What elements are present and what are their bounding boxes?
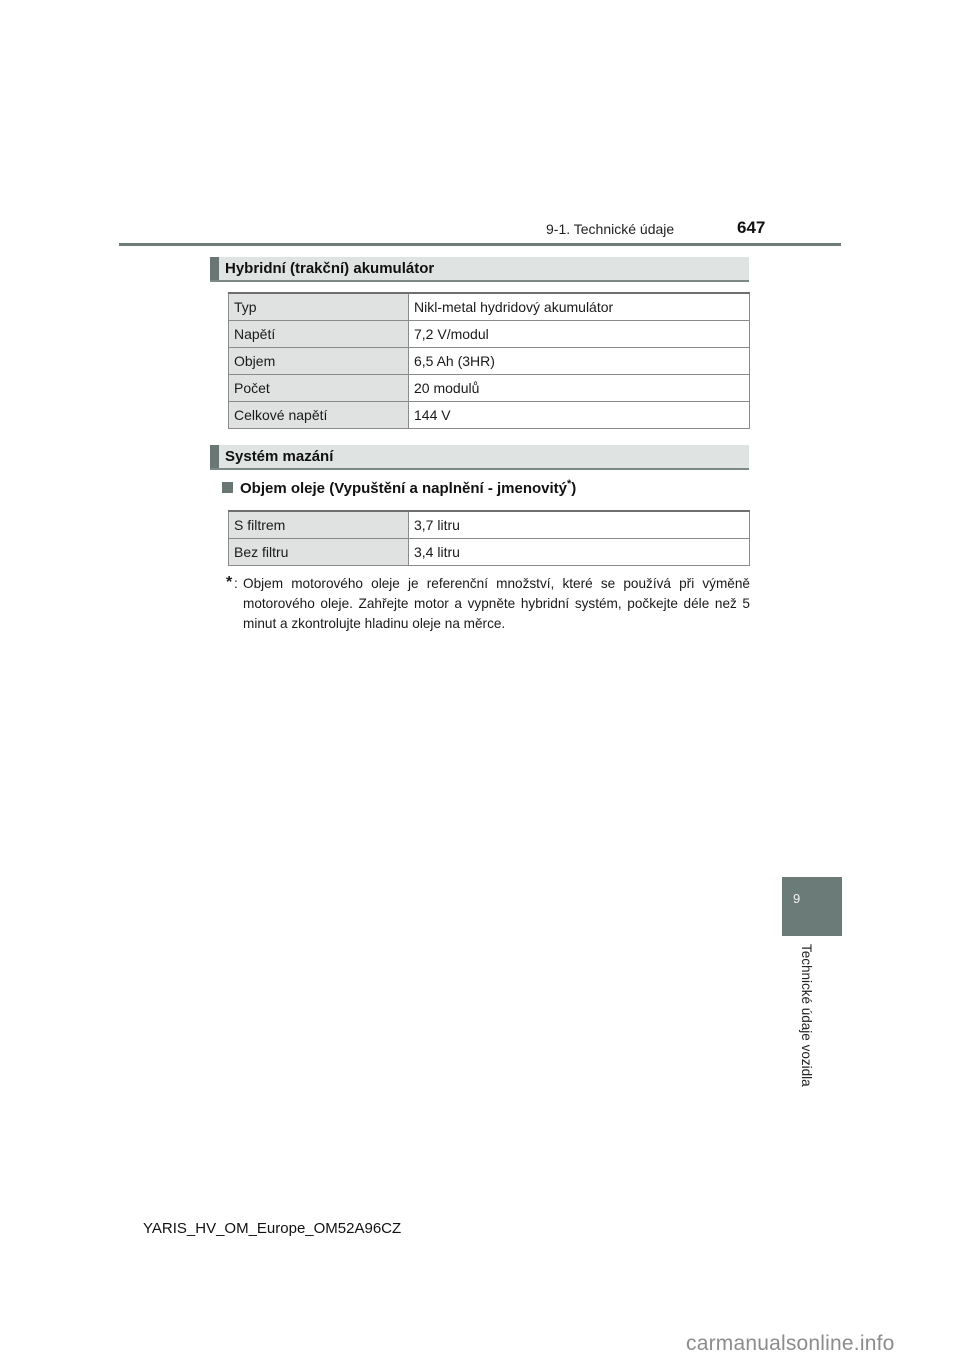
row-value: 144 V [409,401,750,428]
section-title: Systém mazání [225,448,333,465]
running-title: 9-1. Technické údaje [546,221,674,237]
section-accent [210,445,219,468]
chapter-number: 9 [793,891,800,906]
hybrid-battery-table: Typ Nikl-metal hydridový akumulátor Napě… [228,292,750,429]
section-title: Hybridní (trakční) akumulátor [225,260,434,277]
row-label: Počet [229,374,409,401]
section-accent [210,257,219,280]
table-row: Celkové napětí 144 V [229,401,750,428]
page-number: 647 [737,218,765,238]
footnote-text: Objem motorového oleje je referenční mno… [243,574,750,634]
footnote: *: Objem motorového oleje je referenční … [226,574,750,634]
row-label: Celkové napětí [229,401,409,428]
table-row: Napětí 7,2 V/modul [229,320,750,347]
section-header-lubrication: Systém mazání [210,445,749,470]
oil-capacity-table: S filtrem 3,7 litru Bez filtru 3,4 litru [228,510,750,566]
section-header-hybrid-battery: Hybridní (trakční) akumulátor [210,257,749,282]
document-code: YARIS_HV_OM_Europe_OM52A96CZ [143,1220,401,1237]
footnote-marker: * [226,573,232,593]
row-value: Nikl-metal hydridový akumulátor [409,293,750,320]
row-label: S filtrem [229,511,409,538]
row-value: 7,2 V/modul [409,320,750,347]
table-row: Počet 20 modulů [229,374,750,401]
row-label: Bez filtru [229,538,409,565]
header-rule [119,243,841,246]
chapter-label: Technické údaje vozidla [799,944,814,1087]
table-row: Typ Nikl-metal hydridový akumulátor [229,293,750,320]
row-label: Napětí [229,320,409,347]
row-value: 3,7 litru [409,511,750,538]
square-bullet-icon [222,482,233,493]
row-value: 20 modulů [409,374,750,401]
subheading-close: ) [571,480,576,497]
table-row: Objem 6,5 Ah (3HR) [229,347,750,374]
row-label: Objem [229,347,409,374]
row-value: 3,4 litru [409,538,750,565]
table-row: S filtrem 3,7 litru [229,511,750,538]
row-value: 6,5 Ah (3HR) [409,347,750,374]
oil-capacity-subheading: Objem oleje (Vypuštění a naplnění - jmen… [222,478,576,497]
row-label: Typ [229,293,409,320]
page-header: 9-1. Technické údaje 647 [0,0,960,250]
subheading-text: Objem oleje (Vypuštění a naplnění - jmen… [240,480,567,497]
chapter-tab[interactable]: 9 [782,877,842,936]
watermark: carmanualsonline.info [686,1332,895,1356]
footnote-colon: : [234,574,238,594]
table-row: Bez filtru 3,4 litru [229,538,750,565]
